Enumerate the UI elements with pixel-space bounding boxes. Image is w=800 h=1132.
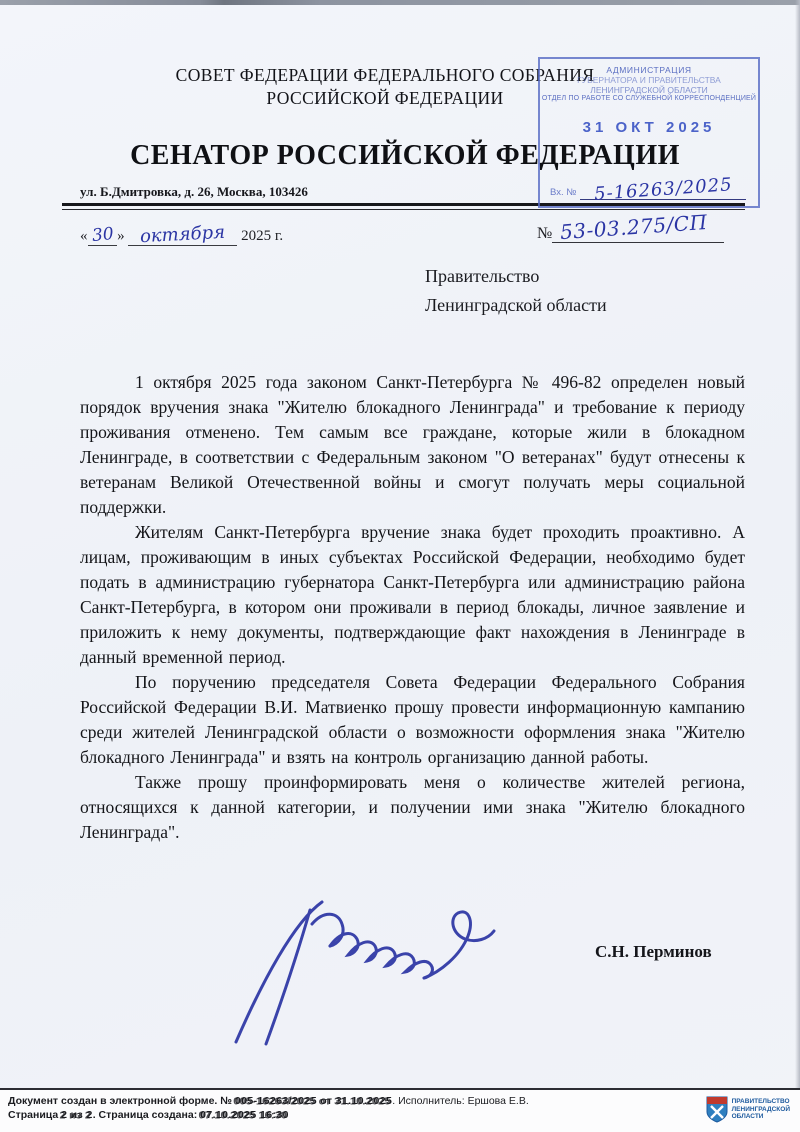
letter-number: №53-03.275/СП bbox=[537, 216, 732, 243]
recipient-line1: Правительство bbox=[425, 262, 607, 291]
incoming-number-label: Вх. № bbox=[550, 187, 576, 200]
logo-caption: ПРАВИТЕЛЬСТВО ЛЕНИНГРАДСКОЙ ОБЛАСТИ bbox=[732, 1098, 790, 1121]
footer-line2: Страница 2 из 2. Страница создана: 07.10… bbox=[8, 1108, 529, 1122]
footer-created-label: . Страница создана: bbox=[93, 1109, 200, 1121]
day-handwritten: 30 bbox=[91, 224, 115, 246]
incoming-number-handwritten: 5-16263/2025 bbox=[594, 174, 734, 205]
scan-edge-top bbox=[0, 0, 800, 5]
stamp-org-line2: ГУБЕРНАТОРА И ПРАВИТЕЛЬСТВА bbox=[540, 75, 758, 85]
scan-edge-right bbox=[795, 0, 800, 1132]
year-printed: 2025 г. bbox=[241, 228, 283, 244]
scanned-letter-page: СОВЕТ ФЕДЕРАЦИИ ФЕДЕРАЛЬНОГО СОБРАНИЯ РО… bbox=[0, 0, 800, 1132]
letter-body: 1 октября 2025 года законом Санкт-Петерб… bbox=[80, 370, 745, 845]
number-underline: 53-03.275/СП bbox=[552, 216, 724, 243]
footer-line1: Документ создан в электронной форме. № 0… bbox=[8, 1094, 529, 1108]
open-quote: « bbox=[80, 228, 88, 244]
stamp-org-line3: ЛЕНИНГРАДСКОЙ ОБЛАСТИ bbox=[540, 85, 758, 95]
incoming-registration-stamp: АДМИНИСТРАЦИЯ ГУБЕРНАТОРА И ПРАВИТЕЛЬСТВ… bbox=[538, 57, 760, 208]
stamp-org-line1: АДМИНИСТРАЦИЯ bbox=[540, 65, 758, 75]
footer-page-prefix: Страница bbox=[8, 1109, 61, 1121]
footer-created-datetime: 07.10.2025 16:30 bbox=[200, 1109, 289, 1121]
footer-page-count: 2 из 2 bbox=[61, 1109, 93, 1121]
recipient-line2: Ленинградской области bbox=[425, 291, 607, 320]
number-label: № bbox=[537, 225, 552, 242]
close-quote: » bbox=[117, 228, 125, 244]
sender-address: ул. Б.Дмитровка, д. 26, Москва, 103426 bbox=[80, 184, 308, 200]
footer-line1-suffix: . Исполнитель: Ершова Е.В. bbox=[392, 1095, 529, 1107]
paragraph-3: По поручению председателя Совета Федерац… bbox=[80, 670, 745, 770]
stamp-incoming-number-row: Вх. № 5-16263/2025 bbox=[550, 178, 746, 200]
edoc-footer-text: Документ создан в электронной форме. № 0… bbox=[8, 1094, 529, 1122]
footer-doc-number: 005-16263/2025 от 31.10.2025 bbox=[235, 1095, 392, 1107]
incoming-number-line: 5-16263/2025 bbox=[580, 178, 746, 200]
coat-of-arms-icon bbox=[706, 1096, 728, 1123]
day-underline: 30 bbox=[88, 225, 118, 246]
month-underline: октября bbox=[128, 224, 237, 246]
edoc-footer: Документ создан в электронной форме. № 0… bbox=[0, 1088, 800, 1132]
paragraph-2: Жителям Санкт-Петербурга вручение знака … bbox=[80, 520, 745, 670]
paragraph-4: Также прошу проинформировать меня о коли… bbox=[80, 770, 745, 845]
footer-line1-prefix: Документ создан в электронной форме. № bbox=[8, 1095, 235, 1107]
number-handwritten: 53-03.275/СП bbox=[560, 210, 709, 244]
recipient-block: Правительство Ленинградской области bbox=[425, 262, 607, 320]
letter-date: «30» октября 2025 г. bbox=[80, 224, 283, 246]
signer-name: С.Н. Перминов bbox=[595, 942, 712, 962]
leningrad-oblast-government-logo: ПРАВИТЕЛЬСТВО ЛЕНИНГРАДСКОЙ ОБЛАСТИ bbox=[706, 1096, 790, 1123]
stamp-date: 31 ОКТ 2025 bbox=[540, 119, 758, 136]
handwritten-signature bbox=[222, 882, 522, 1047]
paragraph-1: 1 октября 2025 года законом Санкт-Петерб… bbox=[80, 370, 745, 520]
stamp-org-line4: ОТДЕЛ ПО РАБОТЕ СО СЛУЖЕБНОЙ КОРРЕСПОНДЕ… bbox=[540, 95, 758, 102]
month-handwritten: октября bbox=[140, 222, 226, 247]
date-and-number-line: «30» октября 2025 г. №53-03.275/СП bbox=[80, 216, 742, 258]
letterhead-rule-thin bbox=[62, 209, 745, 210]
